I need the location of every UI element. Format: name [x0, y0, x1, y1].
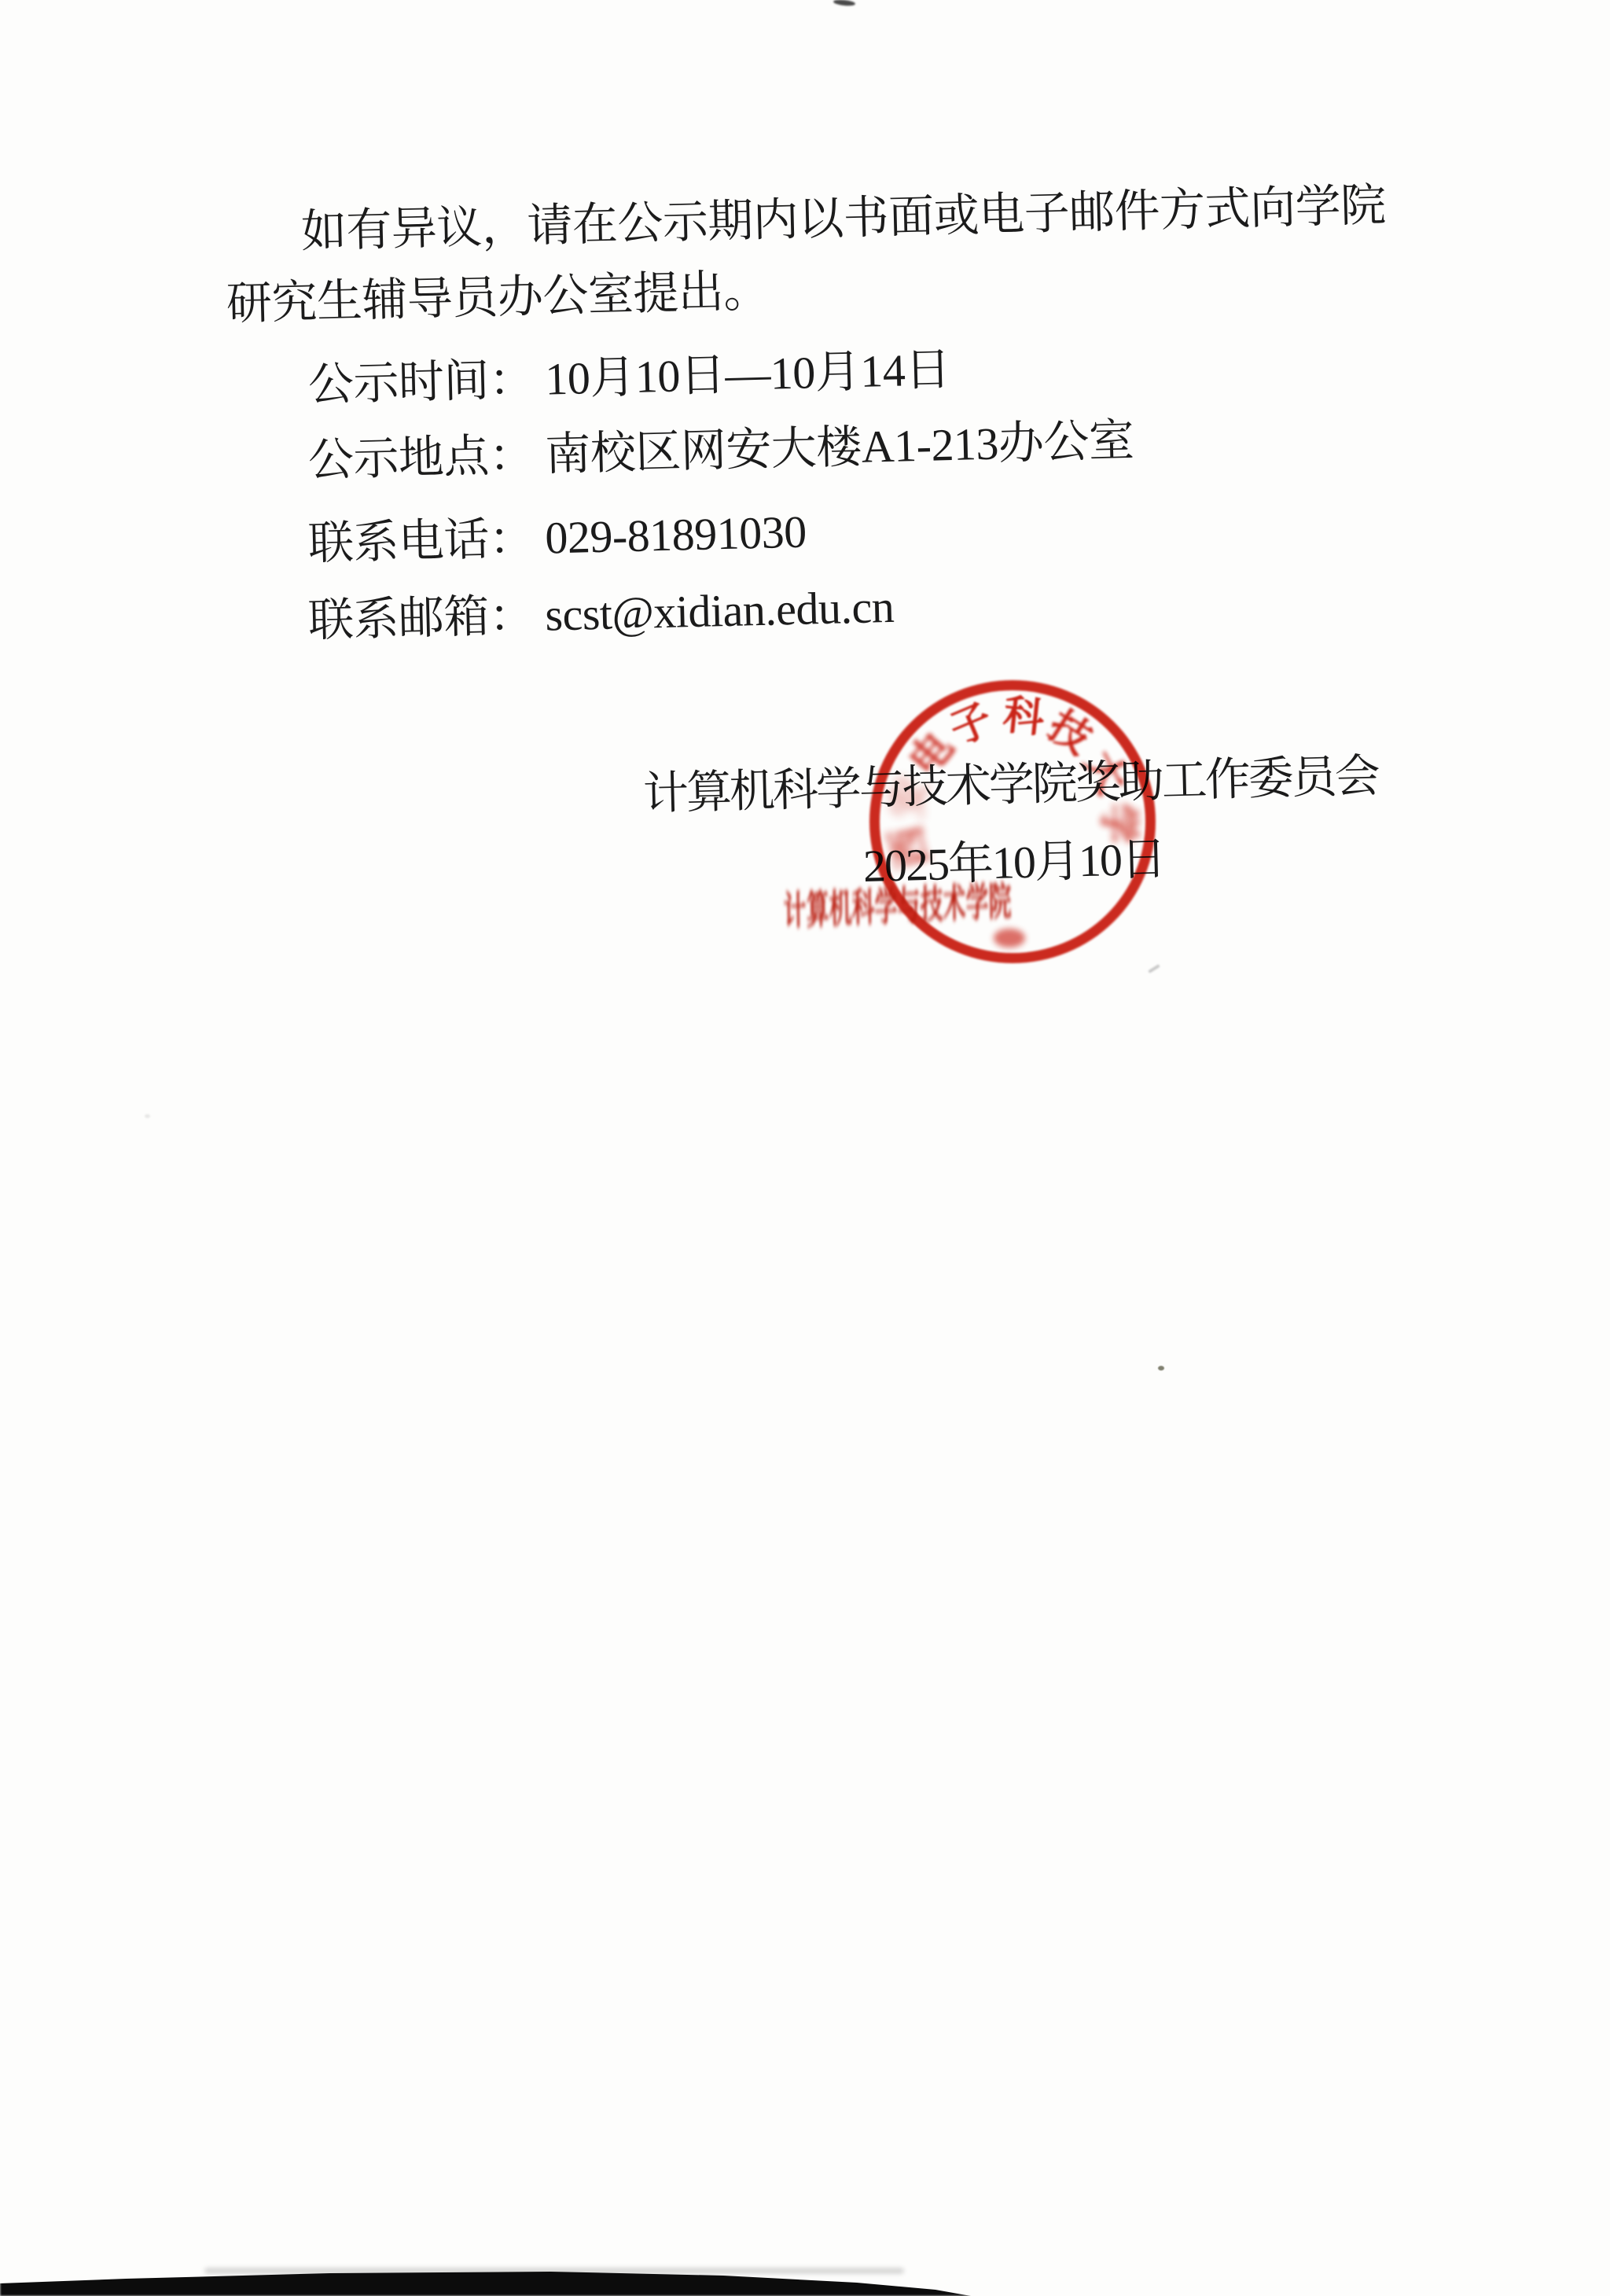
notice-paragraph-line-1: 如有异议，请在公示期内以书面或电子邮件方式向学院 — [300, 175, 1386, 262]
field-label: 公示时间： — [307, 354, 535, 410]
field-value: 10月10日—10月14日 — [545, 344, 951, 405]
field-publicity-place: 公示地点：南校区网安大楼A1-213办公室 — [307, 410, 1134, 491]
signature-date: 2025年10月10日 — [862, 830, 1166, 896]
field-label: 联系邮箱： — [307, 590, 535, 646]
official-seal: 西安电子科技大学 计算机科学与技术学院 — [869, 680, 1156, 963]
scan-speck — [1158, 1366, 1164, 1371]
field-contact-email: 联系邮箱：scst@xidian.edu.cn — [307, 577, 895, 651]
scan-top-edge-artifact — [833, 0, 856, 6]
field-label: 公示地点： — [307, 429, 535, 486]
field-value: 029-81891030 — [545, 506, 807, 564]
signature-organization: 计算机科学与技术学院奖助工作委员会 — [642, 746, 1379, 824]
seal-ink-smudge — [994, 929, 1025, 947]
notice-paragraph-line-2: 研究生辅导员办公室提出。 — [226, 261, 770, 334]
seal-arc-character: 科 — [1000, 694, 1046, 741]
scan-speck — [1148, 964, 1160, 973]
scan-speck — [145, 1114, 150, 1118]
field-value: 南校区网安大楼A1-213办公室 — [545, 414, 1135, 480]
field-publicity-time: 公示时间：10月10日—10月14日 — [307, 340, 951, 415]
field-contact-phone: 联系电话：029-81891030 — [307, 502, 807, 574]
field-value: scst@xidian.edu.cn — [545, 581, 895, 641]
field-label: 联系电话： — [307, 513, 535, 569]
scanned-notice-page: 如有异议，请在公示期内以书面或电子邮件方式向学院 研究生辅导员办公室提出。 公示… — [0, 0, 1610, 2296]
